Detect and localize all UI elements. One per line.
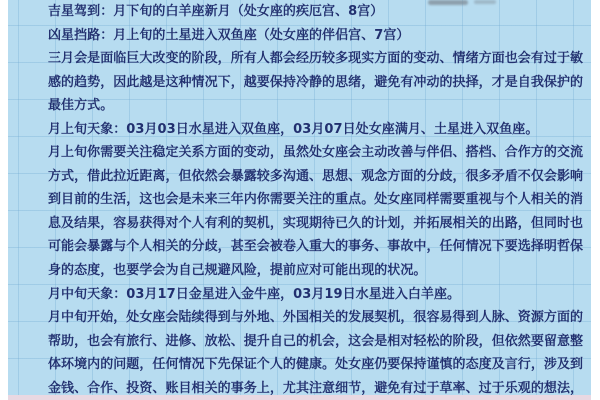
text-line: 身的态度，也要学会为自己规避风险，提前应对可能出现的状况。 (48, 259, 588, 283)
bottom-edge-strip (8, 395, 591, 400)
text-line: 息及结果，容易获得对个人有利的契机，实现期待已久的计划，并拓展相关的出路，但同时… (48, 212, 588, 236)
text-line: 感的趋势，因此越是这种情况下，越要保持冷静的思绪，避免有冲动的抉择，才是自我保护… (48, 71, 588, 95)
text-line: 到目前的生活，这也会是未来三年内你需要关注的重点。处女座同样需要重视与个人相关的… (48, 188, 588, 212)
article-text: 吉星驾到：月下旬的白羊座新月（处女座的疾厄宫、8宫）凶星挡路：月上旬的土星进入双… (48, 0, 588, 400)
text-line: 月中旬天象：03月17日金星进入金牛座，03月19日水星进入白羊座。 (48, 283, 588, 307)
text-line: 月上旬天象：03月03日水星进入双鱼座，03月07日处女座满月、土星进入双鱼座。 (48, 118, 588, 142)
text-line: 可能会暴露与个人相关的分歧，甚至会被卷入重大的事务、事故中，任何情况下要选择明哲… (48, 235, 588, 259)
text-line: 方式，借此拉近距离，但依然会暴露较多沟通、思想、观念方面的分歧，很多矛盾不仅会影… (48, 165, 588, 189)
text-line: 最佳方式。 (48, 94, 588, 118)
text-line: 月上旬你需要关注稳定关系方面的变动，虽然处女座会主动改善与伴侣、搭档、合作方的交… (48, 141, 588, 165)
text-line: 三月会是面临巨大改变的阶段，所有人都会经历较多现实方面的变动、情绪方面也会有过于… (48, 47, 588, 71)
horoscope-article-page: 吉星驾到：月下旬的白羊座新月（处女座的疾厄宫、8宫）凶星挡路：月上旬的土星进入双… (0, 0, 600, 400)
text-line: 体环境内的问题，任何情况下先保证个人的健康。处女座仍要保持谨慎的态度及言行，涉及… (48, 353, 588, 377)
text-line: 吉星驾到：月下旬的白羊座新月（处女座的疾厄宫、8宫） (48, 0, 588, 24)
text-line: 凶星挡路：月上旬的土星进入双鱼座（处女座的伴侣宫、7宫） (48, 24, 588, 48)
text-line: 月中旬开始，处女座会陆续得到与外地、外国相关的发展契机，很容易得到人脉、资源方面… (48, 306, 588, 330)
text-line: 帮助，也会有旅行、进修、放松、提升自己的机会，这会是相对轻松的阶段，但依然要留意… (48, 330, 588, 354)
